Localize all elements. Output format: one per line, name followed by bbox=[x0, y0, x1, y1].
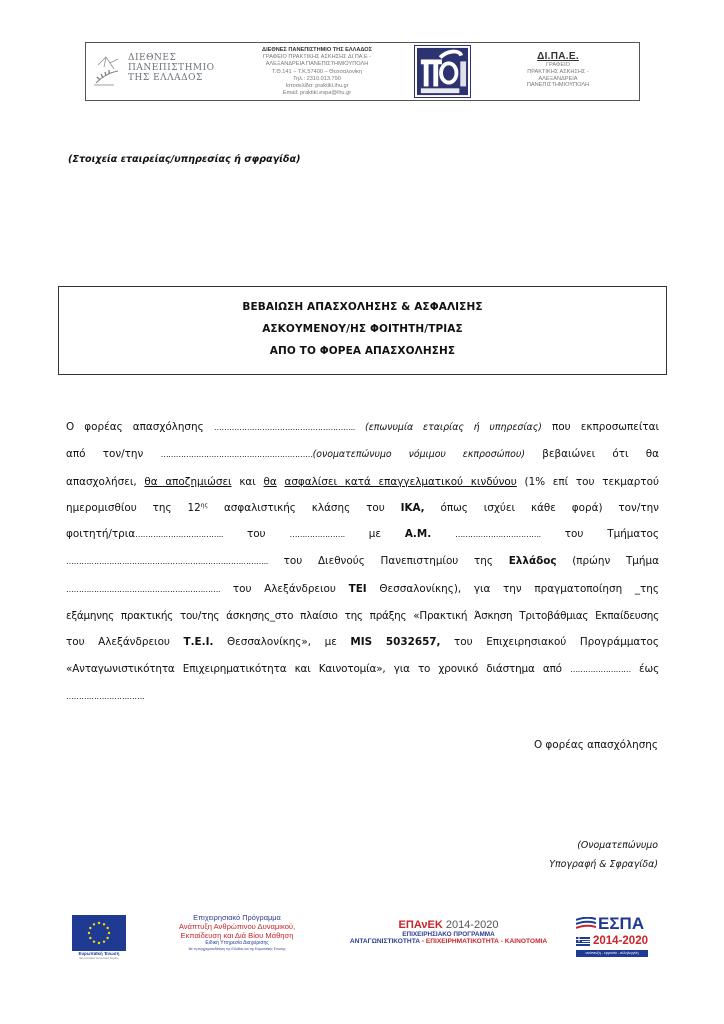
praktiki-pi-logo-icon bbox=[414, 45, 471, 98]
office-phone: Τηλ.: 2310.013.790 bbox=[238, 76, 396, 83]
text: από τον/την bbox=[66, 448, 143, 460]
text: έως bbox=[639, 663, 659, 675]
signature-note-line: (Ονοματεπώνυμο bbox=[549, 836, 658, 855]
bold-text: ΤΕΙ bbox=[349, 583, 367, 595]
signature-note-line: Υπογραφή & Σφραγίδα) bbox=[549, 855, 658, 874]
bold-text: Τ.Ε.Ι. bbox=[184, 636, 214, 648]
university-name: ΔΙΕΘΝΕΣ ΠΑΝΕΠΙΣΤΗΜΙΟ ΤΗΣ ΕΛΛΑΔΟΣ bbox=[128, 53, 215, 83]
office-email: Email: praktiki.espa@ihu.gr bbox=[238, 90, 396, 97]
espa-stripes-icon bbox=[576, 917, 596, 931]
text: Θεσσαλονίκης», με bbox=[227, 636, 337, 648]
epanek-tagline: ΑΝΤΑΓΩΝΙΣΤΙΚΟΤΗΤΑ - ΕΠΙΧΕΙΡΗΜΑΤΙΚΟΤΗΤΑ -… bbox=[326, 938, 571, 946]
text: Ο φορέας απασχόλησης bbox=[66, 421, 204, 433]
text: εξάμηνης πρακτικής του/της άσκησης_στο π… bbox=[66, 610, 659, 622]
dipae-block: ΔΙ.ΠΑ.Ε. ΓΡΑΦΕΙΟ ΠΡΑΚΤΙΚΗΣ ΑΣΚΗΣΗΣ - ΑΛΕ… bbox=[498, 51, 618, 89]
signature-note: (Ονοματεπώνυμο Υπογραφή & Σφραγίδα) bbox=[549, 836, 658, 874]
text: του Διεθνούς Πανεπιστημίου της bbox=[284, 555, 493, 567]
espa-years: 2014-2020 bbox=[593, 935, 648, 948]
representative-name-hint: (ονοματεπώνυμο νόμιμου εκπροσώπου) bbox=[313, 449, 525, 460]
bold-text: ΙΚΑ, bbox=[401, 502, 425, 514]
body-line-9: του Αλεξάνδρειου Τ.Ε.Ι. Θεσσαλονίκης», μ… bbox=[66, 629, 659, 655]
office-address: Τ.Θ.141 – Τ.Κ.57400 – Θεσσαλονίκη bbox=[238, 69, 396, 76]
text: του Τμήματος bbox=[565, 528, 659, 540]
epanek-subtitle: ΕΠΙΧΕΙΡΗΣΙΑΚΟ ΠΡΟΓΡΑΜΜΑ bbox=[326, 931, 571, 938]
dipae-title: ΔΙ.ΠΑ.Ε. bbox=[498, 51, 618, 62]
university-name-line: ΔΙΕΘΝΕΣ bbox=[128, 53, 215, 63]
olive-branch-emblem-icon bbox=[92, 55, 122, 87]
dipae-line: ΓΡΑΦΕΙΟ bbox=[498, 62, 618, 69]
epanad-line: Επιχειρησιακό Πρόγραμμα bbox=[148, 913, 326, 922]
father-name-blank[interactable]: …………………. bbox=[289, 530, 344, 539]
company-stamp-placeholder: (Στοιχεία εταιρείας/υπηρεσίας ή σφραγίδα… bbox=[68, 154, 301, 165]
epanad-logo: Επιχειρησιακό Πρόγραμμα Ανάπτυξη Ανθρώπι… bbox=[148, 913, 326, 951]
university-name-line: ΤΗΣ ΕΛΛΑΔΟΣ bbox=[128, 73, 215, 83]
office-line: ΓΡΑΦΕΙΟ ΠΡΑΚΤΙΚΗΣ ΑΣΚΗΣΗΣ ΔΙ.ΠΑ.Ε - bbox=[238, 54, 396, 61]
text: «Ανταγωνιστικότητα Επιχειρηματικότητα κα… bbox=[66, 663, 562, 675]
eu-flag-icon bbox=[72, 915, 126, 951]
eu-logo: Ευρωπαϊκή Ένωση Ευρωπαϊκό Κοινωνικό Ταμε… bbox=[72, 915, 126, 959]
title-line-2: ΑΣΚΟΥΜΕΝΟΥ/ΗΣ ΦΟΙΤΗΤΗ/ΤΡΙΑΣ bbox=[59, 318, 666, 340]
title-line-1: ΒΕΒΑΙΩΣΗ ΑΠΑΣΧΟΛΗΣΗΣ & ΑΣΦΑΛΙΣΗΣ bbox=[59, 296, 666, 318]
department-blank[interactable]: …………………………………………………………………….. bbox=[66, 557, 268, 566]
company-name-hint: (επωνυμία εταιρίας ή υπηρεσίας) bbox=[365, 422, 542, 433]
text: ημερομισθίου της 12 bbox=[66, 502, 201, 514]
text: όπως ισχύει κάθε φορά) τον/την bbox=[440, 502, 659, 514]
epanad-line: Εκπαίδευση και Διά Βίου Μάθηση bbox=[148, 931, 326, 940]
certificate-body: Ο φορέας απασχόλησης ……………………………………………….… bbox=[66, 414, 659, 710]
espa-logo-icon: ΕΣΠΑ 2014-2020 ανάπτυξη - εργασία - αλλη… bbox=[576, 915, 648, 961]
text: ασφαλιστικής κλάσης του bbox=[224, 502, 385, 514]
bold-text: Α.Μ. bbox=[405, 528, 431, 540]
epanad-line: Με τη συγχρηματοδότηση της Ελλάδας και τ… bbox=[148, 947, 326, 952]
letterhead-banner: ΔΙΕΘΝΕΣ ΠΑΝΕΠΙΣΤΗΜΙΟ ΤΗΣ ΕΛΛΑΔΟΣ ΔΙΕΘΝΕΣ… bbox=[85, 42, 640, 101]
epanek-word: ΑΝΤΑΓΩΝΙΣΤΙΚΟΤΗΤΑ bbox=[350, 938, 420, 945]
body-line-7: ……………………………………………………. του Αλεξάνδρειου Τ… bbox=[66, 576, 659, 603]
espa-word: ΕΣΠΑ bbox=[598, 915, 644, 933]
epanek-years: 2014-2020 bbox=[446, 919, 499, 931]
start-date-blank[interactable]: …………………… bbox=[570, 665, 631, 674]
epanek-brand: ΕΠΑνΕΚ bbox=[399, 919, 443, 931]
title-line-3: ΑΠΟ ΤΟ ΦΟΡΕΑ ΑΠΑΣΧΟΛΗΣΗΣ bbox=[59, 340, 666, 362]
text: του Επιχειρησιακού Προγράμματος bbox=[454, 636, 659, 648]
body-line-6: …………………………………………………………………….. του Διεθνού… bbox=[66, 548, 659, 575]
underlined-text: ασφαλίσει κατά επαγγελματικού κινδύνου bbox=[285, 476, 517, 488]
bold-text: Ελλάδος bbox=[509, 555, 557, 567]
text: Θεσσαλονίκης), για την πραγματοποίηση _τ… bbox=[379, 583, 659, 595]
greek-flag-icon bbox=[576, 937, 590, 946]
text: του Αλεξάνδρειου bbox=[233, 583, 336, 595]
body-line-11: …………………………. bbox=[66, 683, 659, 710]
body-line-3: απασχολήσει, θα αποζημιώσει και θα ασφαλ… bbox=[66, 469, 659, 495]
office-line: ΑΛΕΞΑΝΔΡΕΙΑ ΠΑΝΕΠΙΣΤΗΜΙΟΥΠΟΛΗ bbox=[238, 61, 396, 68]
student-name-blank[interactable]: …………………………….. bbox=[135, 530, 223, 539]
superscript: ης bbox=[201, 502, 208, 509]
text: που εκπροσωπείται bbox=[552, 421, 659, 433]
mis-code: MIS 5032657, bbox=[350, 636, 440, 648]
company-name-blank[interactable]: ……………………………………………….. bbox=[214, 423, 355, 432]
student-id-blank[interactable]: ……………………………. bbox=[455, 530, 541, 539]
office-contact-block: ΔΙΕΘΝΕΣ ΠΑΝΕΠΙΣΤΗΜΙΟ ΤΗΣ ΕΛΛΑΔΟΣ ΓΡΑΦΕΙΟ… bbox=[238, 47, 396, 97]
end-date-blank[interactable]: …………………………. bbox=[66, 692, 144, 701]
dipae-line: ΠΡΑΚΤΙΚΗΣ ΑΣΚΗΣΗΣ - bbox=[498, 69, 618, 76]
document-title-box: ΒΕΒΑΙΩΣΗ ΑΠΑΣΧΟΛΗΣΗΣ & ΑΣΦΑΛΙΣΗΣ ΑΣΚΟΥΜΕ… bbox=[58, 286, 667, 375]
body-line-4: ημερομισθίου της 12ης ασφαλιστικής κλάση… bbox=[66, 495, 659, 521]
dipae-line: ΑΛΕΞΑΝΔΡΕΙΑ bbox=[498, 76, 618, 83]
body-line-5: φοιτητή/τρια…………………………….. του …………………. μ… bbox=[66, 521, 659, 548]
text: του bbox=[247, 528, 266, 540]
eu-subcaption: Ευρωπαϊκό Κοινωνικό Ταμείο bbox=[72, 956, 126, 961]
body-line-8: εξάμηνης πρακτικής του/της άσκησης_στο π… bbox=[66, 603, 659, 629]
text: φοιτητή/τρια bbox=[66, 528, 135, 540]
university-name-line: ΠΑΝΕΠΙΣΤΗΜΙΟ bbox=[128, 63, 215, 73]
representative-name-blank[interactable]: …………………………………………………… bbox=[161, 450, 313, 459]
text: με bbox=[369, 528, 381, 540]
underlined-text: θα αποζημιώσει bbox=[144, 476, 231, 488]
office-title: ΔΙΕΘΝΕΣ ΠΑΝΕΠΙΣΤΗΜΙΟ ΤΗΣ ΕΛΛΑΔΟΣ bbox=[238, 47, 396, 54]
text: βεβαιώνει ότι θα bbox=[542, 448, 659, 460]
text: του Αλεξάνδρειου bbox=[66, 636, 170, 648]
text: απασχολήσει, bbox=[66, 476, 137, 488]
office-website: Ιστοσελίδα: praktiki.ihu.gr bbox=[238, 83, 396, 90]
epanek-word: ΚΑΙΝΟΤΟΜΙΑ bbox=[505, 938, 547, 945]
text: και bbox=[239, 476, 256, 488]
body-line-2: από τον/την ……………………………………………………(ονοματε… bbox=[66, 441, 659, 468]
epanek-word: ΕΠΙΧΕΙΡΗΜΑΤΙΚΟΤΗΤΑ bbox=[426, 938, 499, 945]
body-line-1: Ο φορέας απασχόλησης ……………………………………………….… bbox=[66, 414, 659, 441]
epanad-line: Ανάπτυξη Ανθρώπινου Δυναμικού, bbox=[148, 922, 326, 931]
text: (1% επί του τεκμαρτού bbox=[525, 476, 659, 488]
former-department-blank[interactable]: ……………………………………………………. bbox=[66, 585, 220, 594]
epanek-logo: ΕΠΑνΕΚ 2014-2020 ΕΠΙΧΕΙΡΗΣΙΑΚΟ ΠΡΟΓΡΑΜΜΑ… bbox=[326, 919, 571, 946]
dipae-line: ΠΑΝΕΠΙΣΤΗΜΙΟΥΠΟΛΗ bbox=[498, 82, 618, 89]
funding-logos-footer: Ευρωπαϊκή Ένωση Ευρωπαϊκό Κοινωνικό Ταμε… bbox=[0, 905, 724, 965]
body-line-10: «Ανταγωνιστικότητα Επιχειρηματικότητα κα… bbox=[66, 656, 659, 683]
university-logo: ΔΙΕΘΝΕΣ ΠΑΝΕΠΙΣΤΗΜΙΟ ΤΗΣ ΕΛΛΑΔΟΣ bbox=[92, 51, 232, 93]
espa-tagline: ανάπτυξη - εργασία - αλληλεγγύη bbox=[576, 950, 648, 957]
text: (πρώην Τμήμα bbox=[572, 555, 659, 567]
signature-label: Ο φορέας απασχόλησης bbox=[534, 739, 658, 751]
underlined-text: θα bbox=[264, 476, 277, 488]
